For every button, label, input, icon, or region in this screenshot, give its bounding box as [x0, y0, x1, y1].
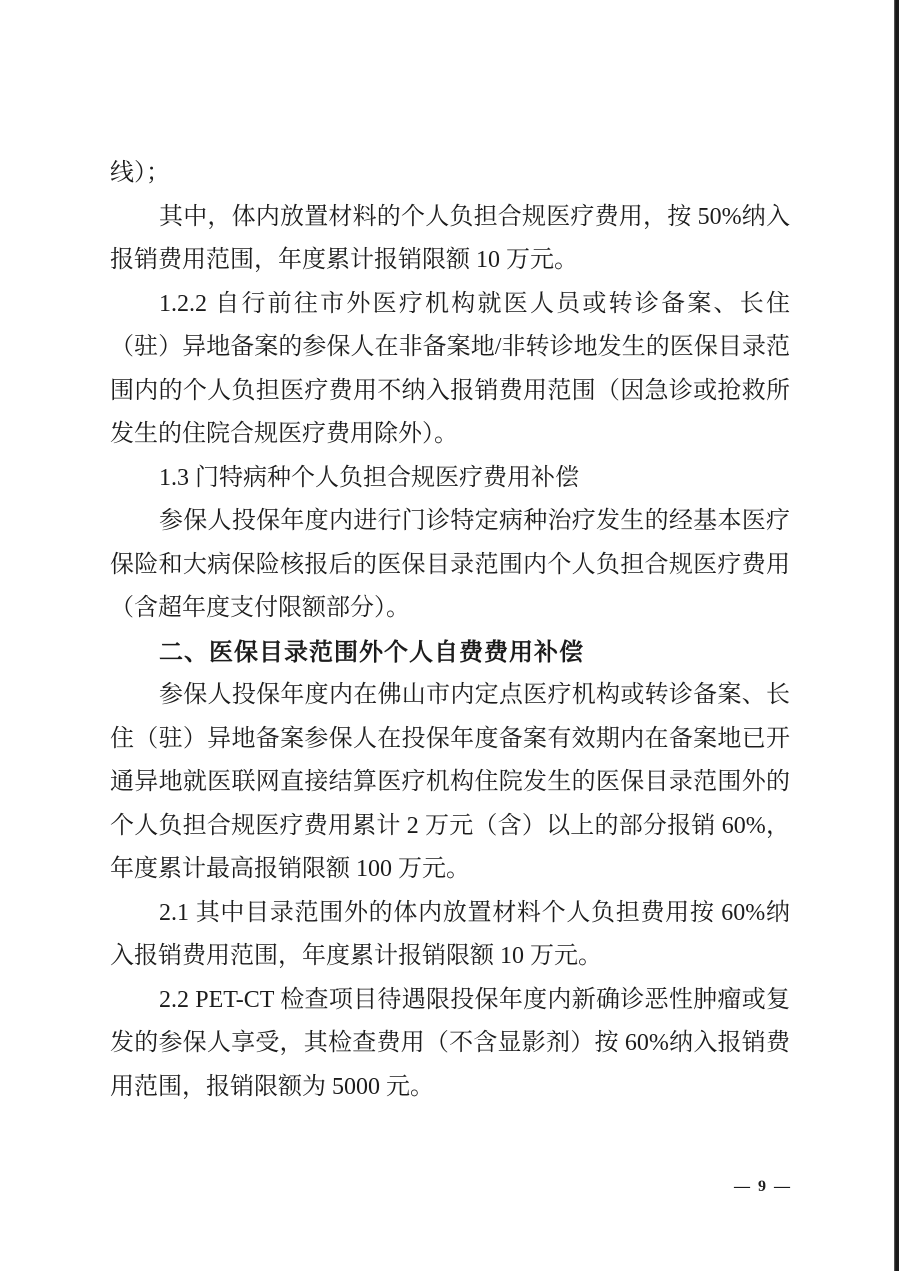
paragraph: 1.2.2 自行前往市外医疗机构就医人员或转诊备案、长住（驻）异地备案的参保人在…	[110, 283, 790, 457]
document-body: 线）；其中，体内放置材料的个人负担合规医疗费用，按 50%纳入报销费用范围，年度…	[110, 152, 790, 1109]
paragraph: 其中，体内放置材料的个人负担合规医疗费用，按 50%纳入报销费用范围，年度累计报…	[110, 196, 790, 283]
paragraph: 参保人投保年度内进行门诊特定病种治疗发生的经基本医疗保险和大病保险核报后的医保目…	[110, 500, 790, 631]
page-number: — 9 —	[734, 1178, 792, 1196]
paragraph: 2.1 其中目录范围外的体内放置材料个人负担费用按 60%纳入报销费用范围，年度…	[110, 892, 790, 979]
paragraph: 参保人投保年度内在佛山市内定点医疗机构或转诊备案、长住（驻）异地备案参保人在投保…	[110, 674, 790, 892]
paragraph: 线）；	[110, 152, 790, 196]
paragraph: 1.3 门特病种个人负担合规医疗费用补偿	[110, 457, 790, 501]
section-heading: 二、医保目录范围外个人自费费用补偿	[110, 631, 790, 675]
paragraph: 2.2 PET-CT 检查项目待遇限投保年度内新确诊恶性肿瘤或复发的参保人享受，…	[110, 979, 790, 1110]
document-page: 线）；其中，体内放置材料的个人负担合规医疗费用，按 50%纳入报销费用范围，年度…	[0, 0, 900, 1271]
scan-edge-artifact	[894, 0, 899, 1271]
